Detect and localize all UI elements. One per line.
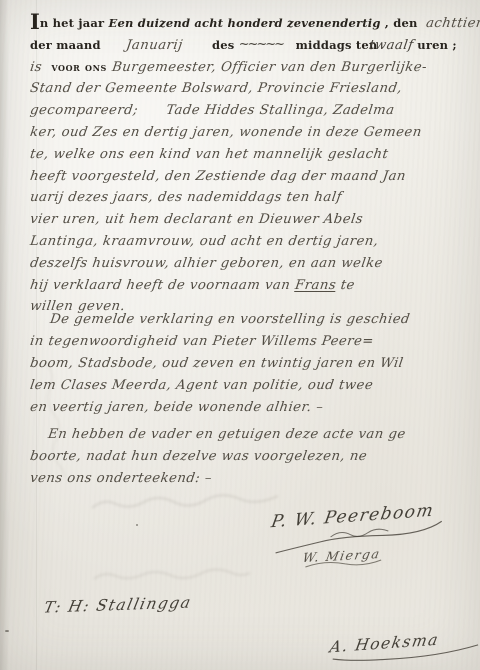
printed-text: , den <box>381 16 426 30</box>
handwritten-text: boom, Stadsbode, oud zeven en twintig ja… <box>29 354 405 374</box>
handwritten-text: twaalf <box>367 36 414 56</box>
text-line: der maand Januarij des ~~~~~ middags ten… <box>30 34 466 56</box>
bleedthrough-mark <box>90 494 280 516</box>
text-line: te, welke ons een kind van het mannelijk… <box>30 143 466 165</box>
printed-text: des <box>183 38 239 52</box>
text-line: In het jaar Een duizend acht honderd zev… <box>30 12 466 34</box>
handwritten-text: te <box>335 276 357 296</box>
handwritten-text: De gemelde verklaring en voorstelling is… <box>49 310 412 330</box>
handwritten-text: En hebben de vader en getuigen deze acte… <box>47 425 407 445</box>
handwritten-text: deszelfs huisvrouw, alhier geboren, en a… <box>29 254 385 274</box>
text-line: deszelfs huisvrouw, alhier geboren, en a… <box>30 252 466 274</box>
handwritten-text: boorte, nadat hun dezelve was voorgeleze… <box>29 447 369 467</box>
bleedthrough-mark <box>92 568 252 586</box>
scan-edge-shadow <box>0 0 9 670</box>
text-line: De gemelde verklaring en voorstelling is… <box>30 308 466 330</box>
handwritten-text: lem Clases Meerda, Agent van politie, ou… <box>29 376 375 396</box>
text-line: gecompareerd; Tade Hiddes Stallinga, Zad… <box>30 99 466 121</box>
printed-text: middags ten <box>283 38 382 52</box>
printed-text: der maand <box>30 38 126 52</box>
handwritten-text: hij verklaard heeft de voornaam van <box>29 276 297 296</box>
text-line: heeft voorgesteld, den Zestiende dag der… <box>30 165 466 187</box>
text-line: hij verklaard heeft de voornaam van Fran… <box>30 274 466 296</box>
handwritten-text: en veertig jaren, beide wonende alhier. … <box>29 398 325 418</box>
signature-text: T: H: Stallingga <box>42 593 193 616</box>
text-line: Stand der Gemeente Bolsward, Provincie F… <box>30 77 466 99</box>
printed-text: voor ons <box>51 60 111 74</box>
text-line: en veertig jaren, beide wonende alhier. … <box>30 396 466 418</box>
text-line: boom, Stadsbode, oud zeven en twintig ja… <box>30 352 466 374</box>
text-line: in tegenwoordigheid van Pieter Willems P… <box>30 330 466 352</box>
text-line: lem Clases Meerda, Agent van politie, ou… <box>30 374 466 396</box>
text-line: Lantinga, kraamvrouw, oud acht en dertig… <box>30 230 466 252</box>
text-line: En hebben de vader en getuigen deze acte… <box>30 423 466 445</box>
printed-text: n het jaar <box>40 16 109 30</box>
paper-speck <box>5 630 9 632</box>
handwritten-text: heeft voorgesteld, den Zestiende dag der… <box>29 167 408 187</box>
handwritten-text: Stand der Gemeente Bolsward, Provincie F… <box>29 79 404 99</box>
text-line: is voor ons Burgemeester, Officier van d… <box>30 56 466 78</box>
handwritten-text: Januarij <box>125 36 184 56</box>
text-line: ker, oud Zes en dertig jaren, wonende in… <box>30 121 466 143</box>
text-line: uarij dezes jaars, des nademiddags ten h… <box>30 186 466 208</box>
handwritten-text: Burgemeester, Officier van den Burgerlij… <box>110 58 428 78</box>
handwritten-text-underlined: Frans <box>293 276 337 296</box>
handwritten-text: gecompareerd; Tade Hiddes Stallinga, Zad… <box>29 101 396 121</box>
signature-father-stallingga: T: H: Stallingga <box>44 593 192 616</box>
handwritten-text: uarij dezes jaars, des nademiddags ten h… <box>29 188 344 208</box>
handwritten-text: vens ons onderteekend: – <box>29 469 214 489</box>
handwritten-text: achttiende dag <box>425 14 480 34</box>
text-line: boorte, nadat hun dezelve was voorgeleze… <box>30 445 466 467</box>
paper-speck <box>136 524 138 526</box>
printed-text: uren ; <box>413 38 457 52</box>
handwritten-text: vier uren, uit hem declarant en Dieuwer … <box>29 210 365 230</box>
signature-official-hoeksma: A. Hoeksma <box>329 628 480 665</box>
handwritten-text: is <box>29 58 53 78</box>
handwritten-text: ker, oud Zes en dertig jaren, wonende in… <box>29 123 423 143</box>
blank-filler-squiggle: ~~~~~ <box>239 35 283 55</box>
witnesses-paragraph: De gemelde verklaring en voorstelling is… <box>30 308 466 418</box>
handwritten-text: in tegenwoordigheid van Pieter Willems P… <box>29 332 376 352</box>
handwritten-text: te, welke ons een kind van het mannelijk… <box>29 145 390 165</box>
printed-dropcap: I <box>30 17 40 27</box>
printed-text: Een duizend acht honderd zevenendertig <box>109 16 381 30</box>
signature-witness-mierga: W. Mierga <box>303 546 384 570</box>
closing-paragraph: En hebben de vader en getuigen deze acte… <box>30 423 466 489</box>
opening-paragraph: In het jaar Een duizend acht honderd zev… <box>30 12 466 317</box>
text-line: vens ons onderteekend: – <box>30 467 466 489</box>
text-line: vier uren, uit hem declarant en Dieuwer … <box>30 208 466 230</box>
handwritten-text: Lantinga, kraamvrouw, oud acht en dertig… <box>29 232 380 252</box>
document-page: In het jaar Een duizend acht honderd zev… <box>0 0 480 670</box>
